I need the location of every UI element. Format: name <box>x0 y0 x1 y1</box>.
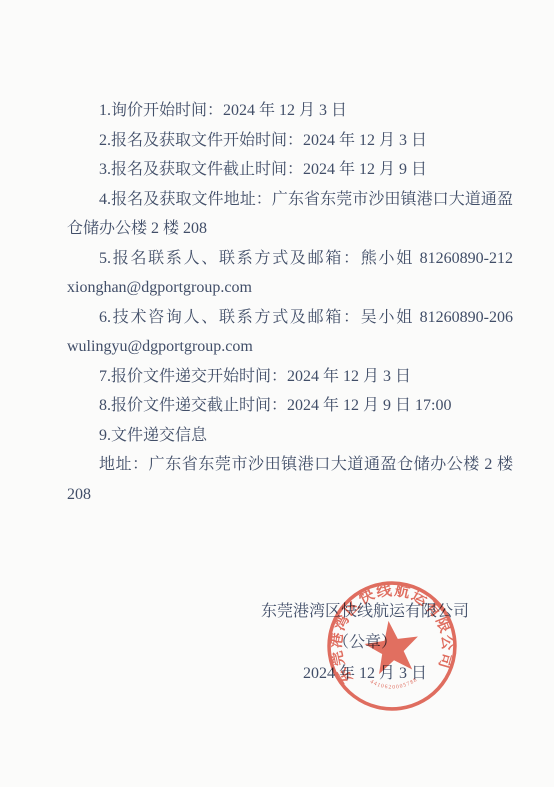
signature-block: 东莞港湾区快线航运有限公司 （公章） 2024 年 12 月 3 日 <box>210 596 520 689</box>
paragraph: 3.报名及获取文件截止时间：2024 年 12 月 9 日 <box>67 155 513 185</box>
paragraph: 4.报名及获取文件地址：广东省东莞市沙田镇港口大道通盈仓储办公楼 2 楼 208 <box>67 185 513 244</box>
paragraph: 8.报价文件递交截止时间：2024 年 12 月 9 日 17:00 <box>67 391 513 421</box>
signature-company: 东莞港湾区快线航运有限公司 <box>210 596 520 627</box>
paragraph: 7.报价文件递交开始时间：2024 年 12 月 3 日 <box>67 362 513 392</box>
document-page: 1.询价开始时间：2024 年 12 月 3 日 2.报名及获取文件开始时间：2… <box>0 0 554 787</box>
paragraph: 2.报名及获取文件开始时间：2024 年 12 月 3 日 <box>67 126 513 156</box>
paragraph: 地址：广东省东莞市沙田镇港口大道通盈仓储办公楼 2 楼 208 <box>67 450 513 509</box>
paragraph: 5.报名联系人、联系方式及邮箱：熊小姐 81260890-212 xiongha… <box>67 244 513 303</box>
paragraph: 6.技术咨询人、联系方式及邮箱：吴小姐 81260890-206 wulingy… <box>67 303 513 362</box>
signature-seal-note: （公章） <box>210 627 520 658</box>
paragraph: 9.文件递交信息 <box>67 421 513 451</box>
document-body: 1.询价开始时间：2024 年 12 月 3 日 2.报名及获取文件开始时间：2… <box>67 96 513 509</box>
signature-date: 2024 年 12 月 3 日 <box>210 658 520 689</box>
paragraph: 1.询价开始时间：2024 年 12 月 3 日 <box>67 96 513 126</box>
